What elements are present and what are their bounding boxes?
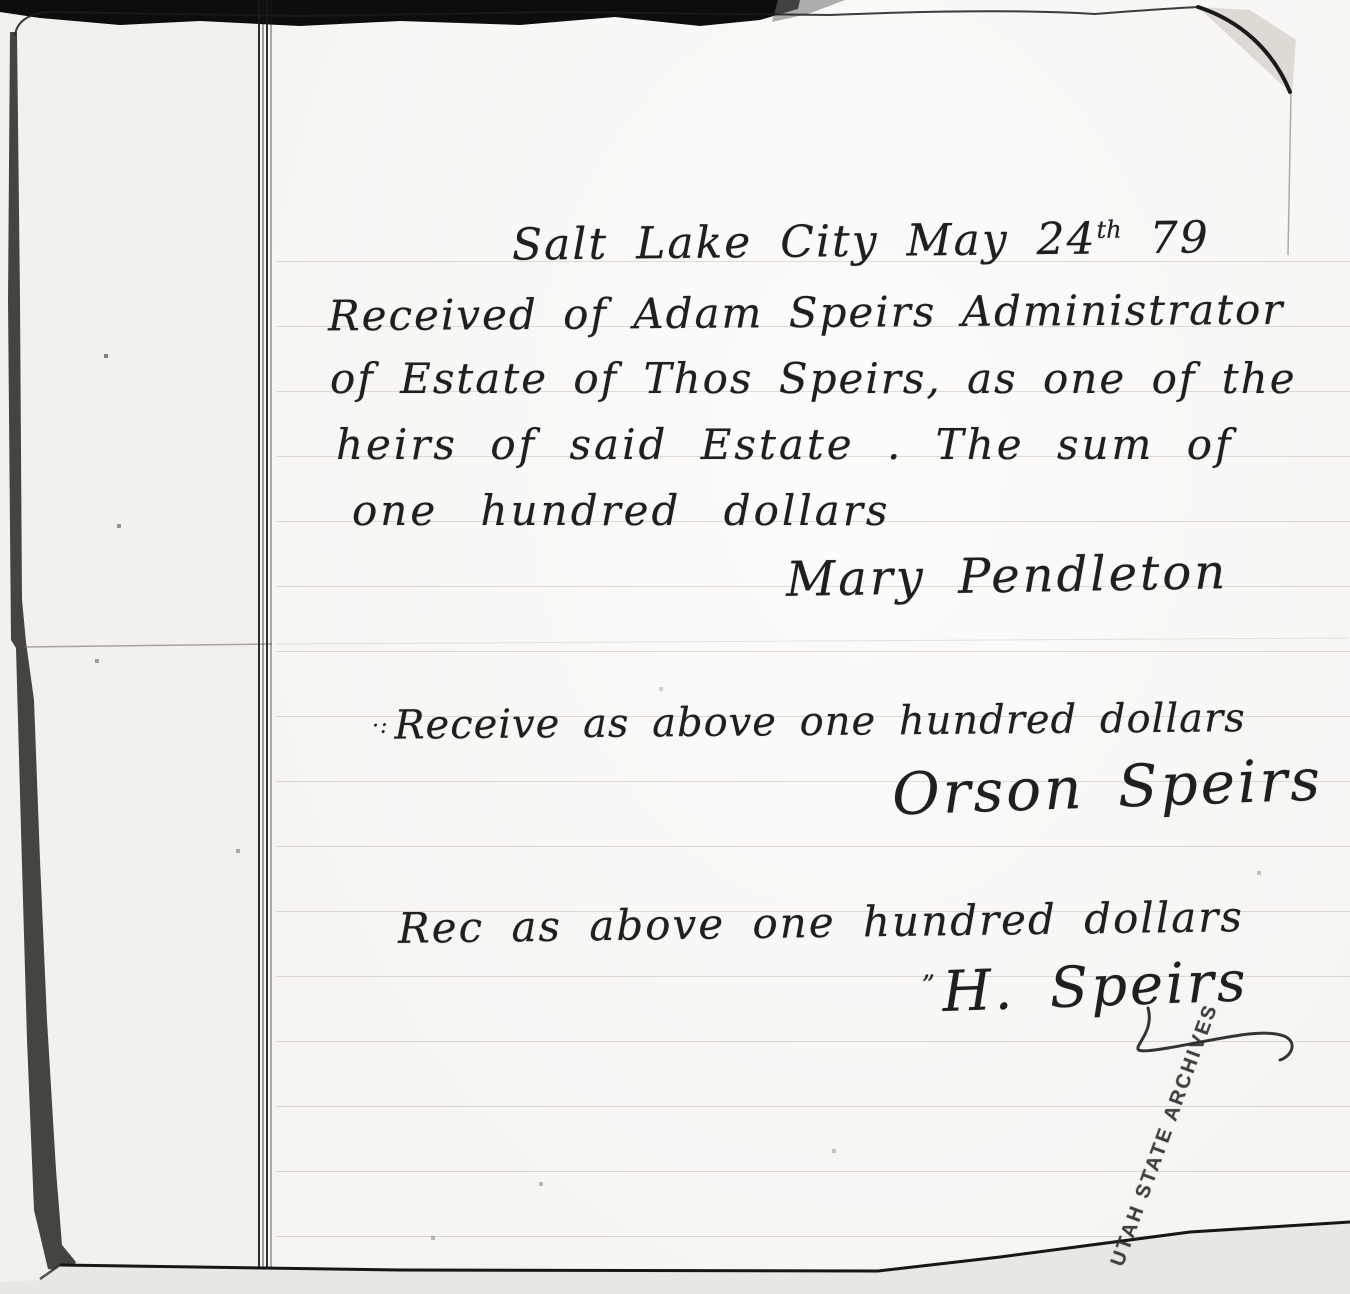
date-line: Salt Lake City May 24th 79 (512, 216, 1210, 267)
quote-mark: ” (921, 970, 938, 1001)
ink-mark: ·: (372, 714, 389, 739)
paper-left-margin (0, 0, 258, 1294)
acknowledgement-line-2: Rec as above one hundred dollars (398, 896, 1244, 950)
date-text: Salt Lake City May 24 (512, 214, 1097, 271)
signature-mary-pendleton: Mary Pendleton (786, 548, 1229, 604)
body-line-1: Received of Adam Speirs Administrator (328, 289, 1285, 338)
acknowledgement-text-1: Receive as above one hundred dollars (394, 695, 1246, 748)
signature-orson-speirs: Orson Speirs (891, 750, 1324, 823)
body-line-3: heirs of said Estate . The sum of (336, 424, 1234, 466)
acknowledgement-line-1: ·:Receive as above one hundred dollars (372, 698, 1246, 746)
body-line-2: of Estate of Thos Speirs, as one of the (330, 358, 1297, 400)
date-superscript: th (1096, 216, 1121, 244)
date-year: 79 (1149, 212, 1210, 264)
paper-specks (0, 0, 2, 2)
scanned-receipt-page: Salt Lake City May 24th 79 Received of A… (0, 0, 1350, 1294)
body-line-4: one hundred dollars (352, 490, 890, 532)
